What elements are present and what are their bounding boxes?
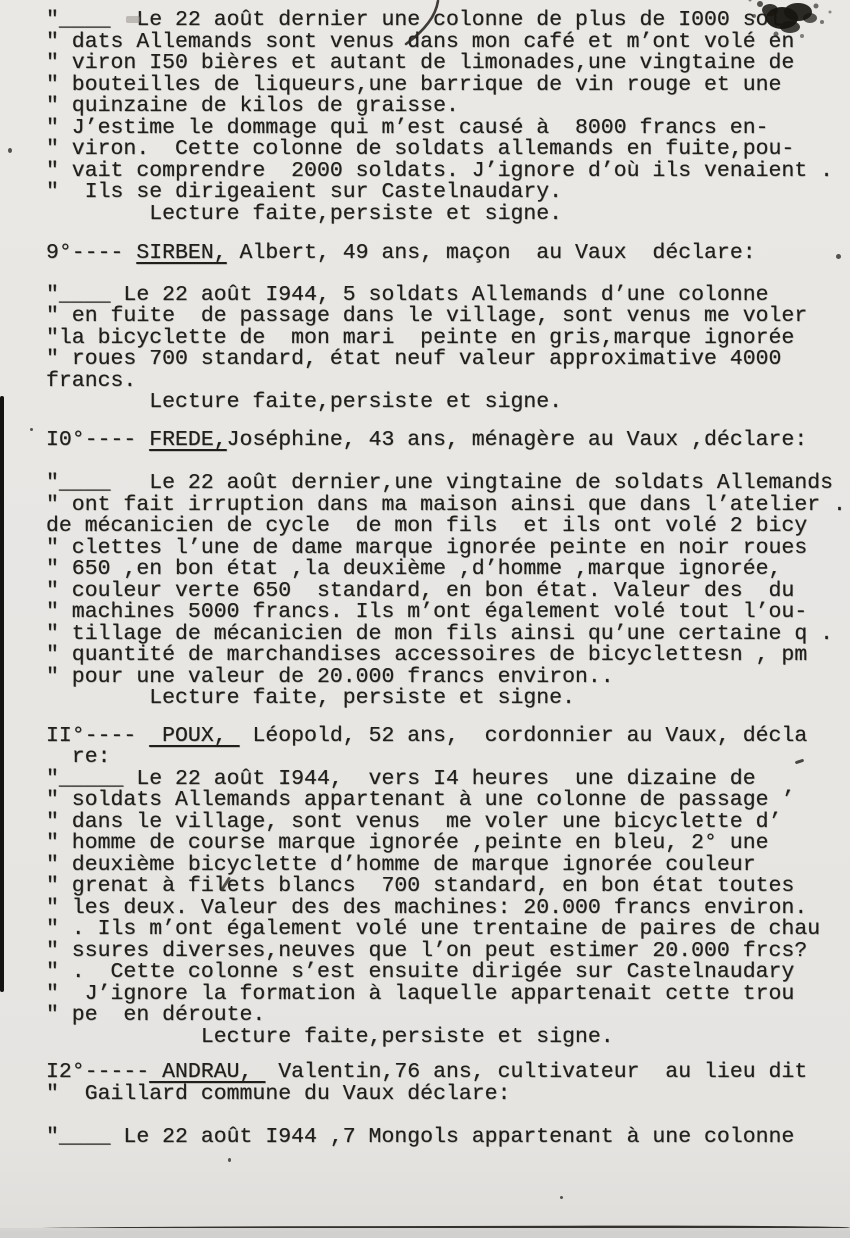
typed-line: " roues 700 standard, état neuf valeur a… <box>46 349 846 371</box>
typed-line: "____ Le 22 août dernier une colonne de … <box>46 10 846 32</box>
typed-line: "____ Le 22 août I944 ,7 Mongols apparte… <box>46 1127 846 1149</box>
pen-stroke <box>398 0 446 50</box>
typed-line: " clettes l’une de dame marque ignorée p… <box>46 538 846 560</box>
typed-line: " en fuite de passage dans le village, s… <box>46 306 846 328</box>
typed-line: " vait comprendre 2000 soldats. J’ignore… <box>46 161 846 183</box>
typed-line: " . Cette colonne s’est ensuite dirigée … <box>46 962 846 984</box>
typed-line: " dans le village, sont venus me voler u… <box>46 812 846 834</box>
declaration-11-body: "_____ Le 22 août I944, vers I4 heures u… <box>46 769 846 1049</box>
declaration-10-body: "____ Le 22 août dernier,une vingtaine d… <box>46 473 846 710</box>
typed-line: " Gaillard commune du Vaux déclare: <box>46 1084 846 1106</box>
typed-line: "____ Le 22 août dernier,une vingtaine d… <box>46 473 846 495</box>
page-bottom-edge <box>0 1225 850 1228</box>
declaration-8-continuation: "____ Le 22 août dernier une colonne de … <box>46 10 846 225</box>
typed-line: " J’estime le dommage qui m’est causé à … <box>46 118 846 140</box>
typed-line: " homme de course marque ignorée ,peinte… <box>46 833 846 855</box>
document-page: "____ Le 22 août dernier une colonne de … <box>0 0 850 1228</box>
ink-blot <box>740 0 840 46</box>
typed-line: Lecture faite, persiste et signe. <box>46 688 846 710</box>
typed-line: "____ Le 22 août I944, 5 soldats Alleman… <box>46 285 846 307</box>
typed-line: " grenat à filets blancs 700 standard, e… <box>46 876 846 898</box>
typed-line: II°---- POUX, Léopold, 52 ans, cordonnie… <box>46 726 846 748</box>
typed-line: " J’ignore la formation à laquelle appar… <box>46 984 846 1006</box>
typed-line: I0°---- FREDE,Joséphine, 43 ans, ménagèr… <box>46 430 846 452</box>
typed-line: I2°----- ANDRAU, Valentin,76 ans, cultiv… <box>46 1062 846 1084</box>
scan-background <box>0 1231 850 1238</box>
typed-line: " viron I50 bières et autant de limonade… <box>46 53 846 75</box>
typed-line: " machines 5000 francs. Ils m’ont égalem… <box>46 602 846 624</box>
typed-line: " viron. Cette colonne de soldats allema… <box>46 139 846 161</box>
typed-line: " pour une valeur de 20.000 francs envir… <box>46 667 846 689</box>
typed-line: "la bicyclette de mon mari peinte en gri… <box>46 328 846 350</box>
typed-line: " ont fait irruption dans ma maison ains… <box>46 495 846 517</box>
typed-line: " quantité de marchandises accessoires d… <box>46 645 846 667</box>
typed-line: Lecture faite,persiste et signe. <box>46 392 846 414</box>
typed-line: Lecture faite,persiste et signe. <box>46 1027 846 1049</box>
scanned-document: { "colors":{"paper":"#e8e6e3","ink":"#21… <box>0 0 850 1238</box>
typed-line: " soldats Allemands appartenant à une co… <box>46 790 846 812</box>
typed-line: "_____ Le 22 août I944, vers I4 heures u… <box>46 769 846 791</box>
declaration-12-body: "____ Le 22 août I944 ,7 Mongols apparte… <box>46 1127 846 1149</box>
declaration-11-heading: II°---- POUX, Léopold, 52 ans, cordonnie… <box>46 726 846 769</box>
typed-line: " bouteilles de liqueurs,une barrique de… <box>46 75 846 97</box>
typewritten-text: "____ Le 22 août dernier une colonne de … <box>46 10 846 1149</box>
typed-line: " deuxième bicyclette d’homme de marque … <box>46 855 846 877</box>
typed-line: " quinzaine de kilos de graisse. <box>46 96 846 118</box>
typed-line: " ssures diverses,neuves que l’on peut e… <box>46 941 846 963</box>
declaration-9-body: "____ Le 22 août I944, 5 soldats Alleman… <box>46 285 846 414</box>
typed-line: Lecture faite,persiste et signe. <box>46 204 846 226</box>
typed-line: " tillage de mécanicien de mon fils ains… <box>46 624 846 646</box>
declaration-12-heading: I2°----- ANDRAU, Valentin,76 ans, cultiv… <box>46 1062 846 1105</box>
typed-line: " les deux. Valeur des des machines: 20.… <box>46 898 846 920</box>
typed-line: de mécanicien de cycle de mon fils et il… <box>46 516 846 538</box>
typed-line: re: <box>46 747 846 769</box>
typed-line: " Ils se dirigeaient sur Castelnaudary. <box>46 182 846 204</box>
declaration-10-heading: I0°---- FREDE,Joséphine, 43 ans, ménagèr… <box>46 430 846 452</box>
typed-line: francs. <box>46 371 846 393</box>
typed-line: " couleur verte 650 standard, en bon éta… <box>46 581 846 603</box>
typed-line: 9°---- SIRBEN, Albert, 49 ans, maçon au … <box>46 243 846 265</box>
scan-edge-left <box>0 396 4 992</box>
typed-line: " . Ils m’ont également volé une trentai… <box>46 919 846 941</box>
typed-line: " pe en déroute. <box>46 1005 846 1027</box>
typed-line: " dats Allemands sont venus dans mon caf… <box>46 32 846 54</box>
typed-line: " 650 ,en bon état ,la deuxième ,d’homme… <box>46 559 846 581</box>
declaration-9-heading: 9°---- SIRBEN, Albert, 49 ans, maçon au … <box>46 243 846 265</box>
